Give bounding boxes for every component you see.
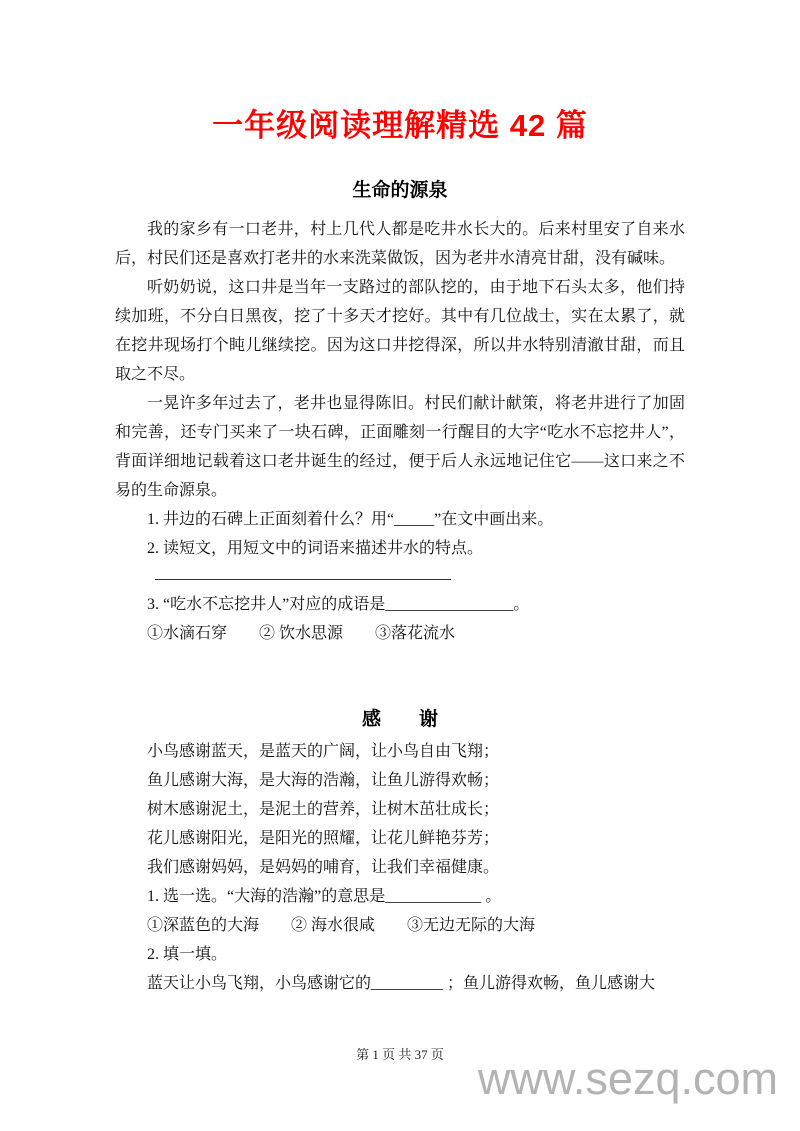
fill-in-line: 蓝天让小鸟飞翔，小鸟感谢它的_________ ；鱼儿游得欢畅，鱼儿感谢大 [115, 969, 685, 998]
answer-line [155, 579, 451, 580]
article1-title: 生命的源泉 [115, 175, 685, 202]
question-2: 2. 填一填。 [115, 940, 685, 969]
document-title: 一年级阅读理解精选 42 篇 [0, 0, 800, 145]
question-1: 1. 井边的石碑上正面刻着什么？用“_____”在文中画出来。 [115, 505, 685, 534]
paragraph: 一晃许多年过去了，老井也显得陈旧。村民们献计献策，将老井进行了加固和完善，还专门… [115, 389, 685, 505]
question-3: 3. “吃水不忘挖井人”对应的成语是________________。 [115, 590, 685, 619]
options-line: ①深蓝色的大海 ② 海水很咸 ③无边无际的大海 [115, 911, 685, 940]
watermark: www.sezq.com [478, 1056, 778, 1101]
question-2: 2. 读短文，用短文中的词语来描述井水的特点。 [115, 534, 685, 563]
poem-line: 花儿感谢阳光，是阳光的照耀，让花儿鲜艳芬芳； [115, 824, 685, 853]
article2-body: 小鸟感谢蓝天，是蓝天的广阔，让小鸟自由飞翔； 鱼儿感谢大海，是大海的浩瀚，让鱼儿… [115, 737, 685, 882]
article2-title: 感 谢 [115, 704, 685, 731]
poem-line: 我们感谢妈妈，是妈妈的哺育，让我们幸福健康。 [115, 853, 685, 882]
article1-body: 我的家乡有一口老井，村上几代人都是吃井水长大的。后来村里安了自来水后，村民们还是… [115, 215, 685, 505]
poem-line: 小鸟感谢蓝天，是蓝天的广阔，让小鸟自由飞翔； [115, 737, 685, 766]
poem-line: 树木感谢泥土，是泥土的营养，让树木茁壮成长； [115, 795, 685, 824]
article2: 感 谢 小鸟感谢蓝天，是蓝天的广阔，让小鸟自由飞翔； 鱼儿感谢大海，是大海的浩瀚… [115, 704, 685, 998]
poem-line: 鱼儿感谢大海，是大海的浩瀚，让鱼儿游得欢畅； [115, 766, 685, 795]
paragraph: 我的家乡有一口老井，村上几代人都是吃井水长大的。后来村里安了自来水后，村民们还是… [115, 215, 685, 273]
page-content: 生命的源泉 我的家乡有一口老井，村上几代人都是吃井水长大的。后来村里安了自来水后… [115, 175, 685, 998]
paragraph: 听奶奶说，这口井是当年一支路过的部队挖的，由于地下石头太多，他们持续加班，不分白… [115, 273, 685, 389]
question-1: 1. 选一选。“大海的浩瀚”的意思是____________ 。 [115, 882, 685, 911]
options-line: ①水滴石穿 ② 饮水思源 ③落花流水 [115, 619, 685, 648]
